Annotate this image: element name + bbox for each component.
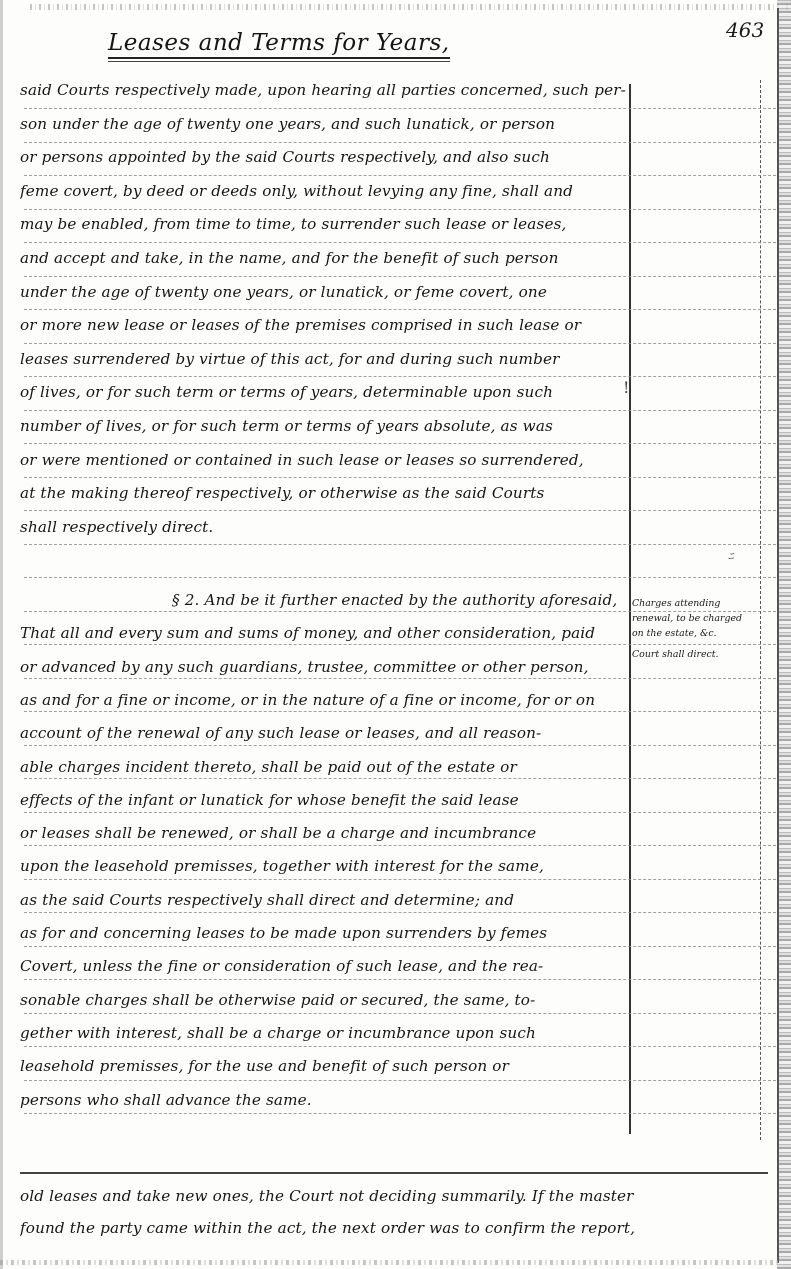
ruled-line <box>24 142 776 143</box>
ruled-line <box>24 276 776 277</box>
footnote-divider <box>20 1172 768 1174</box>
scan-edge-left <box>0 0 3 1269</box>
ruled-line <box>24 845 776 846</box>
ruled-line <box>24 778 776 779</box>
text-line: or leases shall be renewed, or shall be … <box>20 823 640 843</box>
text-line: feme covert, by deed or deeds only, with… <box>20 181 640 201</box>
text-line: or were mentioned or contained in such l… <box>20 450 640 470</box>
text-line: or advanced by any such guardians, trust… <box>20 657 640 677</box>
ruled-line <box>24 544 776 545</box>
text-line: or persons appointed by the said Courts … <box>20 147 640 167</box>
scan-edge-top <box>30 4 790 10</box>
text-line: shall respectively direct. <box>20 517 640 537</box>
text-line: and accept and take, in the name, and fo… <box>20 248 640 268</box>
ruled-line <box>24 477 776 478</box>
ruled-line <box>24 577 776 578</box>
text-line: That all and every sum and sums of money… <box>20 623 640 643</box>
ruled-line <box>24 912 776 913</box>
text-line: number of lives, or for such term or ter… <box>20 416 640 436</box>
text-line: as for and concerning leases to be made … <box>20 923 640 943</box>
text-line: or more new lease or leases of the premi… <box>20 315 640 335</box>
ruled-line <box>24 946 776 947</box>
text-line: as and for a fine or income, or in the n… <box>20 690 640 710</box>
text-line: at the making thereof respectively, or o… <box>20 483 640 503</box>
ruled-line <box>24 678 776 679</box>
margin-tick-mark: ! <box>623 378 629 397</box>
text-line: as the said Courts respectively shall di… <box>20 890 640 910</box>
ruled-line <box>24 108 776 109</box>
text-line: sonable charges shall be otherwise paid … <box>20 990 640 1010</box>
scan-edge-right <box>777 0 791 1269</box>
text-line: said Courts respectively made, upon hear… <box>20 80 640 100</box>
text-line: leases surrendered by virtue of this act… <box>20 349 640 369</box>
ruled-line <box>24 1046 776 1047</box>
ruled-line <box>24 879 776 880</box>
scan-edge-bottom <box>0 1260 780 1265</box>
text-line: persons who shall advance the same. <box>20 1090 640 1110</box>
ruled-line <box>24 209 776 210</box>
text-line: under the age of twenty one years, or lu… <box>20 282 640 302</box>
ruled-line <box>24 745 776 746</box>
page-binding-edge <box>777 8 779 1263</box>
text-line: account of the renewal of any such lease… <box>20 723 640 743</box>
manuscript-page: Leases and Terms for Years, 463 said Cou… <box>0 0 791 1269</box>
ruled-line <box>24 979 776 980</box>
ruled-line <box>24 175 776 176</box>
text-line: found the party came within the act, the… <box>20 1218 780 1238</box>
margin-note-line: Court shall direct. <box>632 647 752 662</box>
ruled-line <box>24 1080 776 1081</box>
ruled-line <box>24 1013 776 1014</box>
text-line: upon the leasehold premisses, together w… <box>20 856 640 876</box>
ruled-line <box>24 309 776 310</box>
ruled-line <box>24 644 776 645</box>
text-line: able charges incident thereto, shall be … <box>20 757 640 777</box>
text-line: gether with interest, shall be a charge … <box>20 1023 640 1043</box>
ruled-line <box>24 376 776 377</box>
page-title: Leases and Terms for Years, <box>108 30 450 59</box>
folio-number: 463 <box>726 18 764 42</box>
margin-scribble-mark: ﾆ <box>728 548 734 564</box>
text-line: effects of the infant or lunatick for wh… <box>20 790 640 810</box>
text-line: Covert, unless the fine or consideration… <box>20 956 640 976</box>
ruled-line <box>24 242 776 243</box>
ruled-line <box>24 1113 776 1114</box>
ruled-line <box>24 711 776 712</box>
text-line: son under the age of twenty one years, a… <box>20 114 640 134</box>
ruled-line <box>24 812 776 813</box>
text-line: may be enabled, from time to time, to su… <box>20 214 640 234</box>
ruled-line <box>24 443 776 444</box>
margin-note-line: on the estate, &c. <box>632 626 752 641</box>
margin-note-line: Charges attending <box>632 596 752 611</box>
text-line: old leases and take new ones, the Court … <box>20 1186 780 1206</box>
text-line: of lives, or for such term or terms of y… <box>20 382 640 402</box>
margin-note-line: renewal, to be charged <box>632 611 752 626</box>
ruled-line <box>24 343 776 344</box>
ruled-line <box>24 510 776 511</box>
ruled-line <box>24 410 776 411</box>
text-line: leasehold premisses, for the use and ben… <box>20 1056 640 1076</box>
